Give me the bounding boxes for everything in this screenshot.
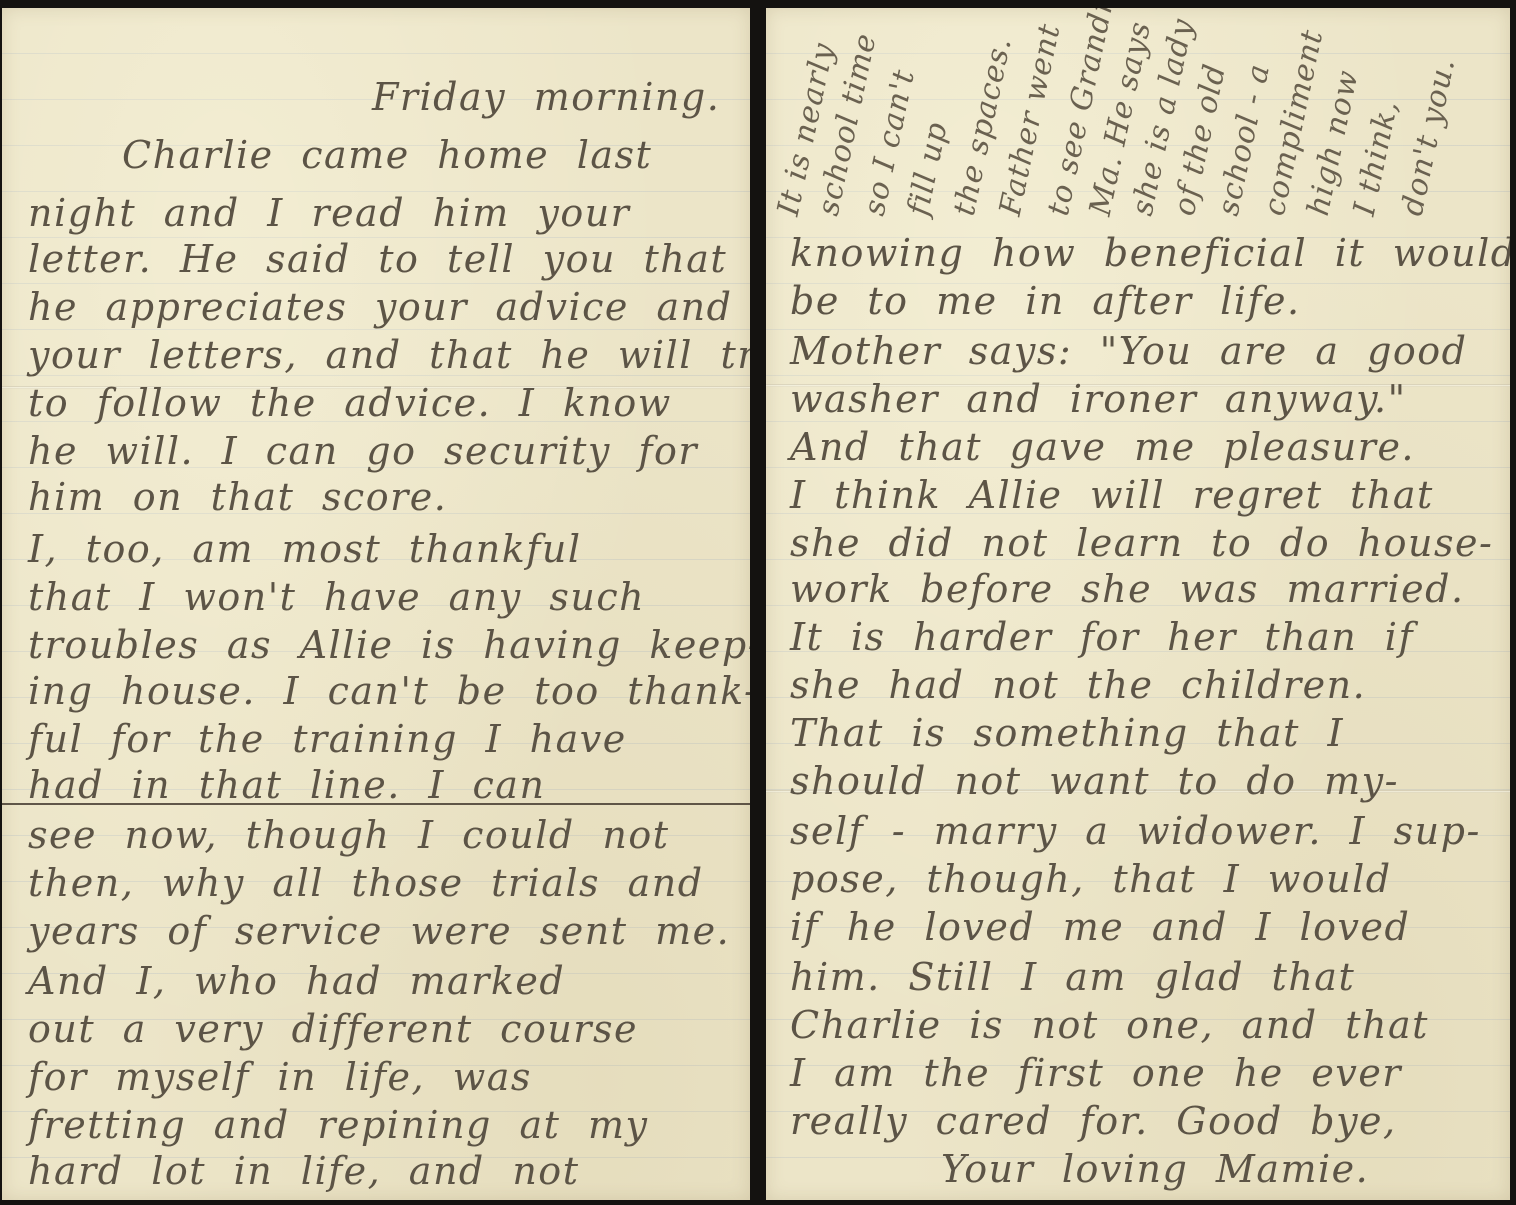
letter-line: I think Allie will regret that bbox=[766, 472, 1510, 518]
letter-line: should not want to do my- bbox=[766, 758, 1510, 804]
letter-line: then, why all those trials and bbox=[2, 860, 750, 906]
letter-line: him on that score. bbox=[2, 474, 750, 520]
letter-line: him. Still I am glad that bbox=[766, 954, 1510, 1000]
letter-line: really cared for. Good bye, bbox=[766, 1098, 1510, 1144]
letter-line: out a very different course bbox=[2, 1006, 750, 1052]
letter-line: self - marry a widower. I sup- bbox=[766, 808, 1510, 854]
letter-line: if he loved me and I loved bbox=[766, 904, 1510, 950]
margin-note-line: don't you. bbox=[1395, 55, 1463, 219]
letter-line: And I, who had marked bbox=[2, 958, 750, 1004]
margin-note: It is nearly school time so I can't fill… bbox=[776, 8, 1466, 223]
letter-line: he will. I can go security for bbox=[2, 428, 750, 474]
letter-line: fretting and repining at my bbox=[2, 1102, 750, 1148]
letter-line: That is something that I bbox=[766, 710, 1510, 756]
letter-line: for myself in life, was bbox=[2, 1054, 750, 1100]
letter-line: troubles as Allie is having keep- bbox=[2, 622, 750, 668]
letter-line: night and I read him your bbox=[2, 190, 750, 236]
letter-line: he appreciates your advice and bbox=[2, 284, 750, 330]
letter-line: Mother says: "You are a good bbox=[766, 328, 1510, 374]
letter-line: And that gave me pleasure. bbox=[766, 424, 1510, 470]
letter-line: be to me in after life. bbox=[766, 278, 1510, 324]
letter-line: hard lot in life, and not bbox=[2, 1148, 750, 1194]
letter-line: letter. He said to tell you that bbox=[2, 236, 750, 282]
letter-line: Charlie is not one, and that bbox=[766, 1002, 1510, 1048]
letter-line: washer and ironer anyway." bbox=[766, 376, 1510, 422]
letter-page-left: Friday morning. Charlie came home last n… bbox=[2, 8, 750, 1200]
letter-line: your letters, and that he will try bbox=[2, 332, 750, 378]
letter-line: It is harder for her than if bbox=[766, 614, 1510, 660]
letter-line: had in that line. I can bbox=[2, 762, 750, 808]
letter-line: pose, though, that I would bbox=[766, 856, 1510, 902]
letter-line: she did not learn to do house- bbox=[766, 520, 1510, 566]
letter-line: I am the first one he ever bbox=[766, 1050, 1510, 1096]
letter-line: that I won't have any such bbox=[2, 574, 750, 620]
letter-line: ful for the training I have bbox=[2, 716, 750, 762]
letter-line: ing house. I can't be too thank- bbox=[2, 668, 750, 714]
letter-line: I, too, am most thankful bbox=[2, 526, 750, 572]
letter-line: see now, though I could not bbox=[2, 812, 750, 858]
letter-line: to follow the advice. I know bbox=[2, 380, 750, 426]
letter-line: work before she was married. bbox=[766, 566, 1510, 612]
margin-note-line: fill up bbox=[901, 119, 955, 219]
letter-line: she had not the children. bbox=[766, 662, 1510, 708]
letter-line: Charlie came home last bbox=[2, 132, 750, 178]
letter-signature: Your loving Mamie. bbox=[766, 1146, 1510, 1192]
letter-line: years of service were sent me. bbox=[2, 908, 750, 954]
letter-line: knowing how beneficial it would bbox=[766, 230, 1510, 276]
letter-page-right: It is nearly school time so I can't fill… bbox=[766, 8, 1510, 1200]
letter-date: Friday morning. bbox=[2, 74, 750, 120]
